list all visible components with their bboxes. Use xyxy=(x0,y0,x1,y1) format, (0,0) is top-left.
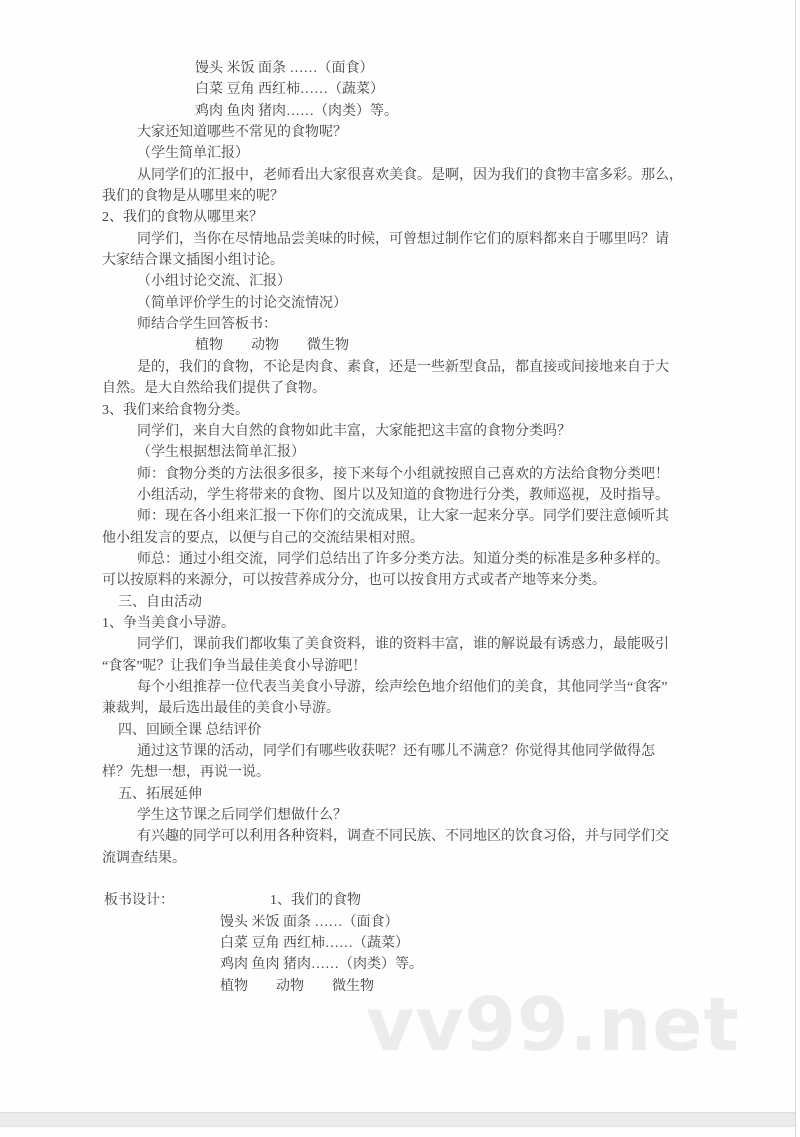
banshu-label: 板书设计： xyxy=(104,893,174,908)
text-line: 三、自由活动 xyxy=(118,592,795,613)
text-line: 大家还知道哪些不常见的食物呢？ xyxy=(137,122,795,143)
text-line: 兼裁判，最后选出最佳的美食小导游。 xyxy=(102,698,795,719)
text-line: 白菜 豆角 西红柿……（蔬菜） xyxy=(220,933,795,954)
text-line: 植物 动物 微生物 xyxy=(195,335,795,356)
text-line: 鸡肉 鱼肉 猪肉……（肉类）等。 xyxy=(220,954,795,975)
text-line: 自然。是大自然给我们提供了食物。 xyxy=(102,378,795,399)
text-line: 小组活动，学生将带来的食物、图片以及知道的食物进行分类，教师巡视，及时指导。 xyxy=(137,485,795,506)
text-line: 3、我们来给食物分类。 xyxy=(102,400,795,421)
text-line: 流调查结果。 xyxy=(102,848,795,869)
text-line: 馒头 米饭 面条 ……（面食） xyxy=(195,58,795,79)
page-separator xyxy=(0,1112,795,1127)
text-line: 鸡肉 鱼肉 猪肉……（肉类）等。 xyxy=(195,101,795,122)
text-lines: 馒头 米饭 面条 ……（面食）白菜 豆角 西红柿……（蔬菜）鸡肉 鱼肉 猪肉……… xyxy=(0,58,795,997)
text-line: 大家结合课文插图小组讨论。 xyxy=(102,250,795,271)
banshu-title: 1、我们的食物 xyxy=(270,890,361,911)
text-line: 是的，我们的食物，不论是肉食、素食，还是一些新型食品，都直接或间接地来自于大 xyxy=(137,357,795,378)
text-line: 白菜 豆角 西红柿……（蔬菜） xyxy=(195,79,795,100)
text-line: 师：食物分类的方法很多很多，接下来每个小组就按照自己喜欢的方法给食物分类吧！ xyxy=(137,464,795,485)
text-line: 我们的食物是从哪里来的呢？ xyxy=(102,186,795,207)
watermark-text: vv99.net xyxy=(366,988,740,1062)
text-line: 同学们，课前我们都收集了美食资料，谁的资料丰富，谁的解说最有诱惑力，最能吸引 xyxy=(137,634,795,655)
text-line: 2、我们的食物从哪里来？ xyxy=(102,207,795,228)
text-line: （简单评价学生的讨论交流情况） xyxy=(137,293,795,314)
text-line: “食客”呢？让我们争当最佳美食小导游吧！ xyxy=(102,656,795,677)
text-line: 学生这节课之后同学们想做什么？ xyxy=(137,805,795,826)
text-line: 1、争当美食小导游。 xyxy=(102,613,795,634)
text-line: 可以按原料的来源分，可以按营养成分分，也可以按食用方式或者产地等来分类。 xyxy=(102,570,795,591)
text-line: 他小组发言的要点，以便与自己的交流结果相对照。 xyxy=(102,528,795,549)
document-page: vv99.net 馒头 米饭 面条 ……（面食）白菜 豆角 西红柿……（蔬菜）鸡… xyxy=(0,0,795,1112)
text-line: 板书设计：1、我们的食物 xyxy=(104,890,795,911)
text-line: （学生根据想法简单汇报） xyxy=(137,442,795,463)
text-line: 师结合学生回答板书： xyxy=(137,314,795,335)
text-line: 植物 动物 微生物 xyxy=(220,976,795,997)
document-viewer: vv99.net 馒头 米饭 面条 ……（面食）白菜 豆角 西红柿……（蔬菜）鸡… xyxy=(0,0,800,1137)
text-line: 同学们，当你在尽情地品尝美味的时候，可曾想过制作它们的原料都来自于哪里吗？请 xyxy=(137,229,795,250)
next-page-edge xyxy=(0,1127,795,1137)
text-line: （学生简单汇报） xyxy=(137,143,795,164)
text-line: 每个小组推荐一位代表当美食小导游，绘声绘色地介绍他们的美食，其他同学当“食客” xyxy=(137,677,795,698)
text-line: 四、回顾全课 总结评价 xyxy=(118,720,795,741)
text-line: 师总：通过小组交流，同学们总结出了许多分类方法。知道分类的标准是多种多样的。 xyxy=(137,549,795,570)
blank-line xyxy=(102,869,795,890)
text-line: 通过这节课的活动，同学们有哪些收获呢？还有哪儿不满意？你觉得其他同学做得怎 xyxy=(137,741,795,762)
text-line: 同学们，来自大自然的食物如此丰富，大家能把这丰富的食物分类吗？ xyxy=(137,421,795,442)
text-line: 五、拓展延伸 xyxy=(118,784,795,805)
text-line: 馒头 米饭 面条 ……（面食） xyxy=(220,912,795,933)
page-right-edge xyxy=(795,0,796,1137)
text-line: 从同学们的汇报中，老师看出大家很喜欢美食。是啊，因为我们的食物丰富多彩。那么， xyxy=(137,165,795,186)
text-line: 样？先想一想，再说一说。 xyxy=(102,762,795,783)
text-line: （小组讨论交流、汇报） xyxy=(137,271,795,292)
text-line: 师：现在各小组来汇报一下你们的交流成果，让大家一起来分享。同学们要注意倾听其 xyxy=(137,506,795,527)
text-line: 有兴趣的同学可以利用各种资料，调查不同民族、不同地区的饮食习俗，并与同学们交 xyxy=(137,826,795,847)
